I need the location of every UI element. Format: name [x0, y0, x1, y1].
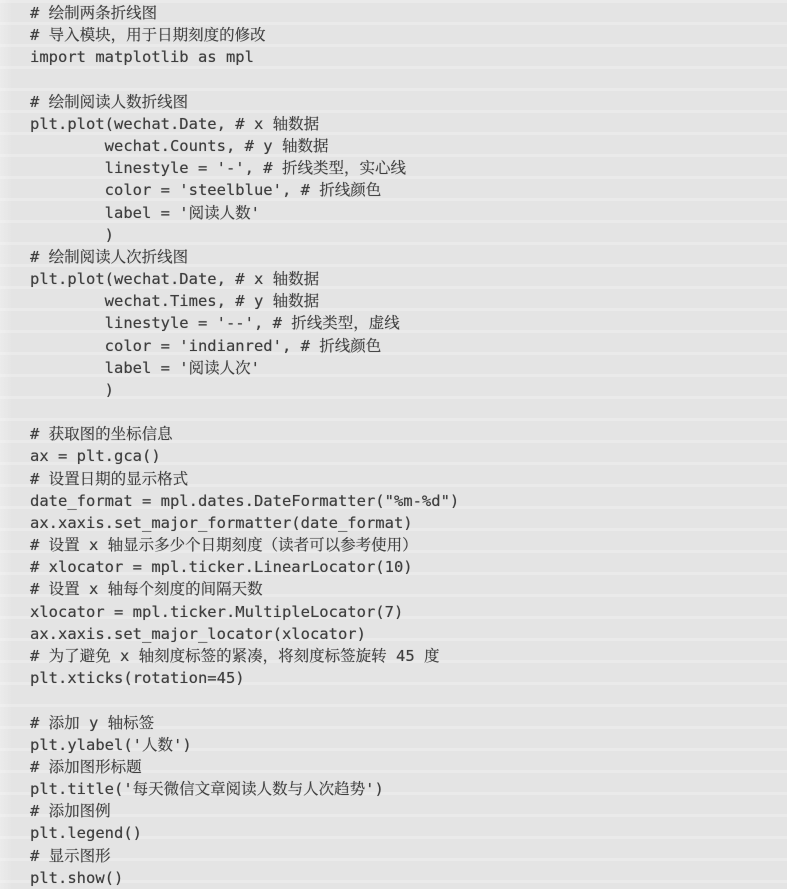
code-line: date_format = mpl.dates.DateFormatter("%… [30, 490, 787, 512]
code-line: # 添加 y 轴标签 [30, 712, 787, 734]
code-line: # 设置 x 轴显示多少个日期刻度（读者可以参考使用） [30, 534, 787, 556]
code-line: label = '阅读人次' [30, 357, 787, 379]
code-line [30, 69, 787, 91]
code-line: plt.ylabel('人数') [30, 734, 787, 756]
code-line: # xlocator = mpl.ticker.LinearLocator(10… [30, 556, 787, 578]
code-line: # 导入模块，用于日期刻度的修改 [30, 24, 787, 46]
code-line: ax.xaxis.set_major_formatter(date_format… [30, 512, 787, 534]
code-line: # 设置日期的显示格式 [30, 468, 787, 490]
code-line: plt.xticks(rotation=45) [30, 667, 787, 689]
code-line: ax.xaxis.set_major_locator(xlocator) [30, 623, 787, 645]
code-line: label = '阅读人数' [30, 202, 787, 224]
code-line: color = 'steelblue', # 折线颜色 [30, 179, 787, 201]
code-line: ) [30, 379, 787, 401]
code-line: # 绘制两条折线图 [30, 2, 787, 24]
code-line: ax = plt.gca() [30, 445, 787, 467]
code-line: plt.show() [30, 867, 787, 889]
code-line: # 为了避免 x 轴刻度标签的紧凑，将刻度标签旋转 45 度 [30, 645, 787, 667]
code-line: # 添加图例 [30, 800, 787, 822]
code-line: # 添加图形标题 [30, 756, 787, 778]
code-line: xlocator = mpl.ticker.MultipleLocator(7) [30, 601, 787, 623]
code-line: wechat.Counts, # y 轴数据 [30, 135, 787, 157]
code-line: linestyle = '--', # 折线类型，虚线 [30, 312, 787, 334]
code-line: plt.legend() [30, 822, 787, 844]
code-listing: # 绘制两条折线图# 导入模块，用于日期刻度的修改import matplotl… [30, 2, 787, 889]
code-line: ) [30, 224, 787, 246]
code-line: # 绘制阅读人次折线图 [30, 246, 787, 268]
code-line: wechat.Times, # y 轴数据 [30, 290, 787, 312]
code-line: # 获取图的坐标信息 [30, 423, 787, 445]
code-line: plt.plot(wechat.Date, # x 轴数据 [30, 268, 787, 290]
code-line: import matplotlib as mpl [30, 46, 787, 68]
code-line: plt.title('每天微信文章阅读人数与人次趋势') [30, 778, 787, 800]
code-line: color = 'indianred', # 折线颜色 [30, 335, 787, 357]
code-line: # 设置 x 轴每个刻度的间隔天数 [30, 578, 787, 600]
code-line: # 绘制阅读人数折线图 [30, 91, 787, 113]
scanned-code-page: # 绘制两条折线图# 导入模块，用于日期刻度的修改import matplotl… [0, 0, 787, 889]
code-line: # 显示图形 [30, 845, 787, 867]
code-line: plt.plot(wechat.Date, # x 轴数据 [30, 113, 787, 135]
code-line: linestyle = '-', # 折线类型，实心线 [30, 157, 787, 179]
code-line [30, 401, 787, 423]
code-line [30, 689, 787, 711]
